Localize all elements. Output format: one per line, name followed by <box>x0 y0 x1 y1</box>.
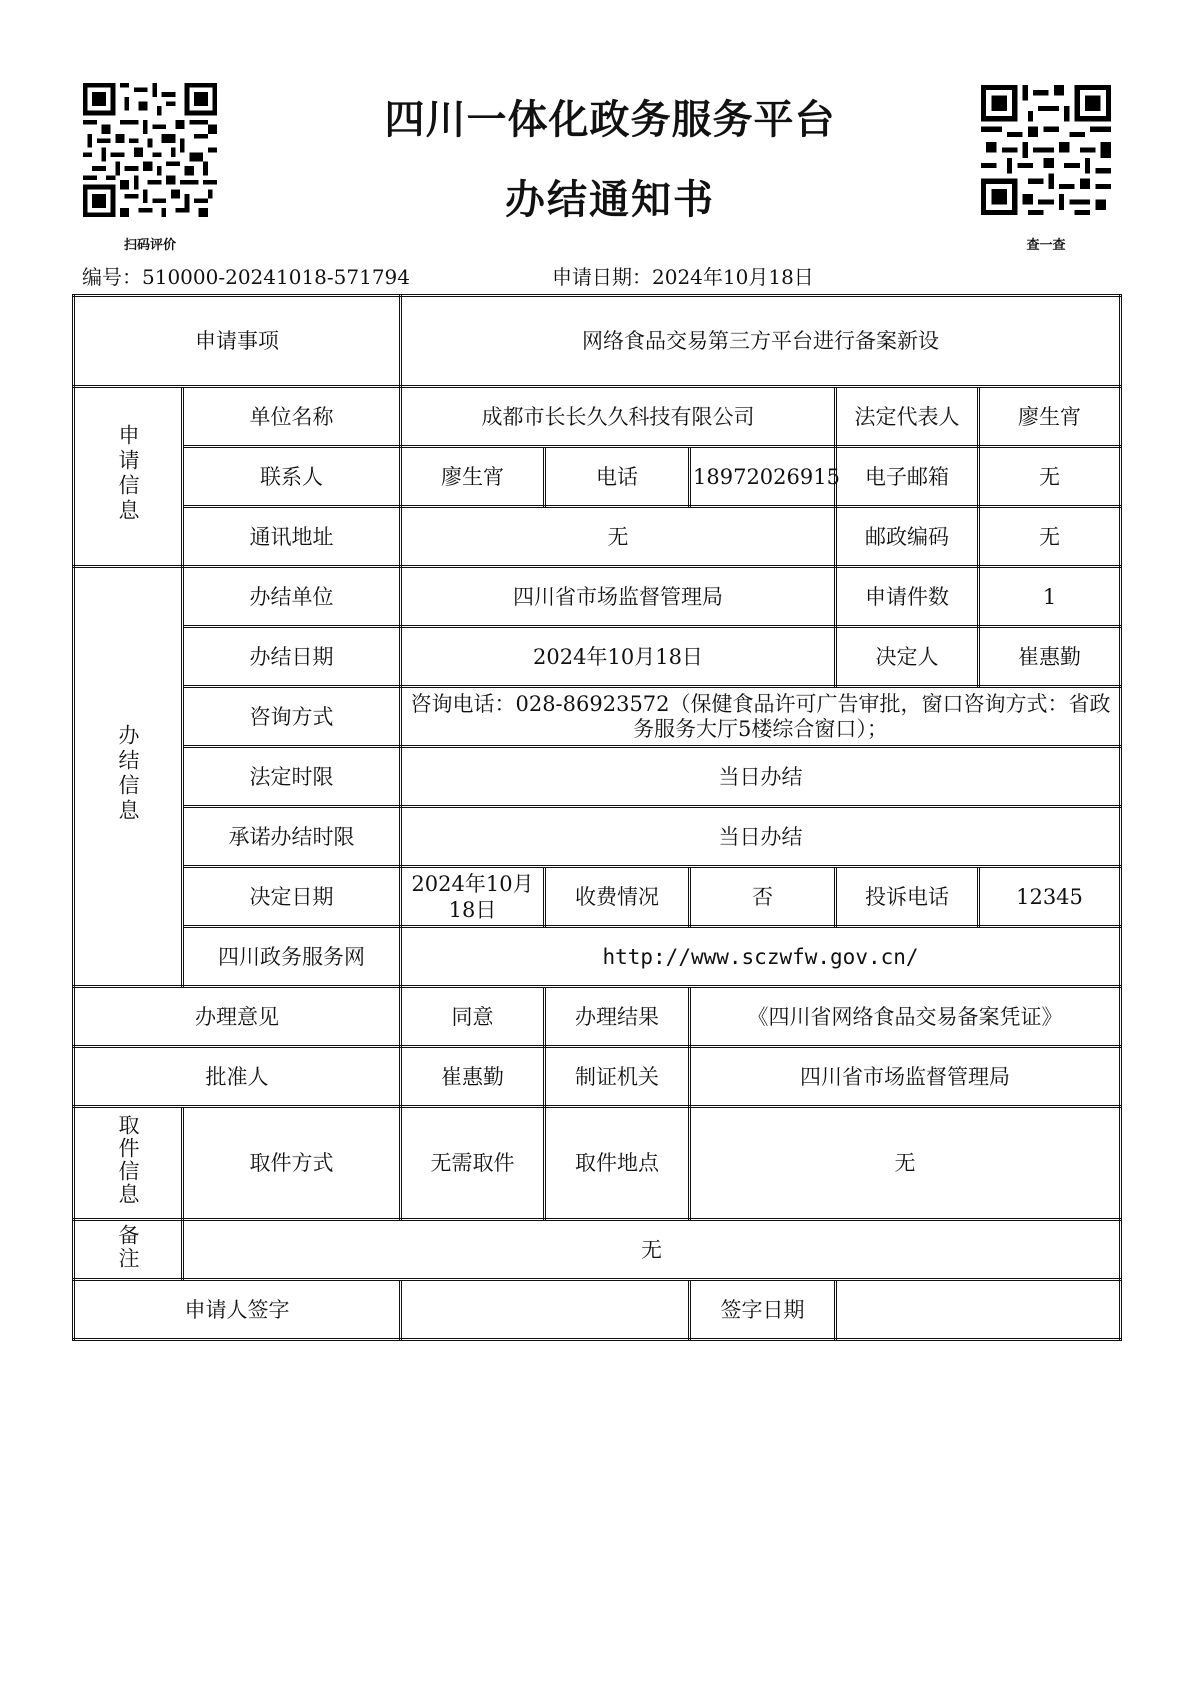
unit-name-value: 成都市长长久久科技有限公司 <box>401 387 836 447</box>
qr-code-lookup[interactable] <box>981 85 1111 215</box>
decider-value: 崔惠勤 <box>979 627 1121 687</box>
signature-field[interactable] <box>401 1280 690 1340</box>
table-row: 联系人 廖生宵 电话 18972026915 电子邮箱 无 <box>74 447 1121 507</box>
completion-unit-value: 四川省市场监督管理局 <box>401 567 836 627</box>
serial-value: 510000-20241018-571794 <box>142 265 410 289</box>
completion-section-title: 办结信息 <box>74 567 183 987</box>
legal-rep-label: 法定代表人 <box>836 387 979 447</box>
table-row: 办结信息 办结单位 四川省市场监督管理局 申请件数 1 <box>74 567 1121 627</box>
completion-date-value: 2024年10月18日 <box>401 627 836 687</box>
completion-unit-label: 办结单位 <box>183 567 401 627</box>
apply-date-value: 2024年10月18日 <box>652 265 814 289</box>
table-row: 申请信息 单位名称 成都市长长久久科技有限公司 法定代表人 廖生宵 <box>74 387 1121 447</box>
legal-limit-label: 法定时限 <box>183 747 401 807</box>
count-value: 1 <box>979 567 1121 627</box>
table-row: 承诺办结时限 当日办结 <box>74 807 1121 867</box>
complaint-phone-label: 投诉电话 <box>836 867 979 927</box>
email-value: 无 <box>979 447 1121 507</box>
remarks-value: 无 <box>183 1220 1121 1280</box>
result-label: 办理结果 <box>545 987 690 1047</box>
issuer-label: 制证机关 <box>545 1047 690 1107</box>
table-row: 申请事项 网络食品交易第三方平台进行备案新设 <box>74 296 1121 387</box>
contact-value: 廖生宵 <box>401 447 545 507</box>
table-row: 批准人 崔惠勤 制证机关 四川省市场监督管理局 <box>74 1047 1121 1107</box>
email-label: 电子邮箱 <box>836 447 979 507</box>
page-title: 四川一体化政务服务平台 <box>360 96 860 144</box>
pickup-method-label: 取件方式 <box>183 1107 401 1220</box>
website-link[interactable]: http://www.sczwfw.gov.cn/ <box>401 927 1121 987</box>
application-item-value: 网络食品交易第三方平台进行备案新设 <box>401 296 1121 387</box>
remarks-title: 备注 <box>74 1220 183 1280</box>
qr-code-evaluate[interactable] <box>82 83 218 217</box>
completion-date-label: 办结日期 <box>183 627 401 687</box>
signature-date-field[interactable] <box>836 1280 1121 1340</box>
complaint-phone-value: 12345 <box>979 867 1121 927</box>
phone-label: 电话 <box>545 447 690 507</box>
address-label: 通讯地址 <box>183 507 401 567</box>
table-row: 决定日期 2024年10月18日 收费情况 否 投诉电话 12345 <box>74 867 1121 927</box>
pickup-place-value: 无 <box>690 1107 1121 1220</box>
promise-limit-value: 当日办结 <box>401 807 1121 867</box>
opinion-value: 同意 <box>401 987 545 1047</box>
decider-label: 决定人 <box>836 627 979 687</box>
result-value: 《四川省网络食品交易备案凭证》 <box>690 987 1121 1047</box>
postcode-label: 邮政编码 <box>836 507 979 567</box>
signature-label: 申请人签字 <box>74 1280 401 1340</box>
table-row: 申请人签字 签字日期 <box>74 1280 1121 1340</box>
decision-date-value: 2024年10月18日 <box>401 867 545 927</box>
unit-name-label: 单位名称 <box>183 387 401 447</box>
phone-value: 18972026915 <box>690 447 836 507</box>
table-row: 通讯地址 无 邮政编码 无 <box>74 507 1121 567</box>
consult-label: 咨询方式 <box>183 687 401 747</box>
apply-date: 申请日期：2024年10月18日 <box>552 265 814 289</box>
table-row: 办理意见 同意 办理结果 《四川省网络食品交易备案凭证》 <box>74 987 1121 1047</box>
table-row: 法定时限 当日办结 <box>74 747 1121 807</box>
qr-evaluate-caption: 扫码评价 <box>82 234 218 253</box>
count-label: 申请件数 <box>836 567 979 627</box>
fee-value: 否 <box>690 867 836 927</box>
consult-value: 咨询电话：028-86923572（保健食品许可广告审批，窗口咨询方式：省政务服… <box>401 687 1121 747</box>
approver-value: 崔惠勤 <box>401 1047 545 1107</box>
approver-label: 批准人 <box>74 1047 401 1107</box>
issuer-value: 四川省市场监督管理局 <box>690 1047 1121 1107</box>
apply-date-label: 申请日期： <box>552 265 652 289</box>
opinion-label: 办理意见 <box>74 987 401 1047</box>
serial-label: 编号： <box>82 265 142 289</box>
postcode-value: 无 <box>979 507 1121 567</box>
qr-lookup-caption: 查一查 <box>981 234 1111 253</box>
fee-label: 收费情况 <box>545 867 690 927</box>
promise-limit-label: 承诺办结时限 <box>183 807 401 867</box>
table-row: 备注 无 <box>74 1220 1121 1280</box>
legal-limit-value: 当日办结 <box>401 747 1121 807</box>
qr-code-icon <box>82 83 218 217</box>
website-label: 四川政务服务网 <box>183 927 401 987</box>
pickup-method-value: 无需取件 <box>401 1107 545 1220</box>
notice-form-table: 申请事项 网络食品交易第三方平台进行备案新设 申请信息 单位名称 成都市长长久久… <box>72 294 1122 1341</box>
qr-code-icon <box>981 85 1111 215</box>
contact-label: 联系人 <box>183 447 401 507</box>
signature-date-label: 签字日期 <box>690 1280 836 1340</box>
table-row: 取件信息 取件方式 无需取件 取件地点 无 <box>74 1107 1121 1220</box>
address-value: 无 <box>401 507 836 567</box>
application-item-label: 申请事项 <box>74 296 401 387</box>
pickup-place-label: 取件地点 <box>545 1107 690 1220</box>
pickup-section-title: 取件信息 <box>74 1107 183 1220</box>
legal-rep-value: 廖生宵 <box>979 387 1121 447</box>
table-row: 咨询方式 咨询电话：028-86923572（保健食品许可广告审批，窗口咨询方式… <box>74 687 1121 747</box>
serial-number: 编号：510000-20241018-571794 <box>82 265 410 289</box>
decision-date-label: 决定日期 <box>183 867 401 927</box>
table-row: 四川政务服务网 http://www.sczwfw.gov.cn/ <box>74 927 1121 987</box>
table-row: 办结日期 2024年10月18日 决定人 崔惠勤 <box>74 627 1121 687</box>
document-title: 办结通知书 <box>360 176 860 224</box>
applicant-section-title: 申请信息 <box>74 387 183 567</box>
